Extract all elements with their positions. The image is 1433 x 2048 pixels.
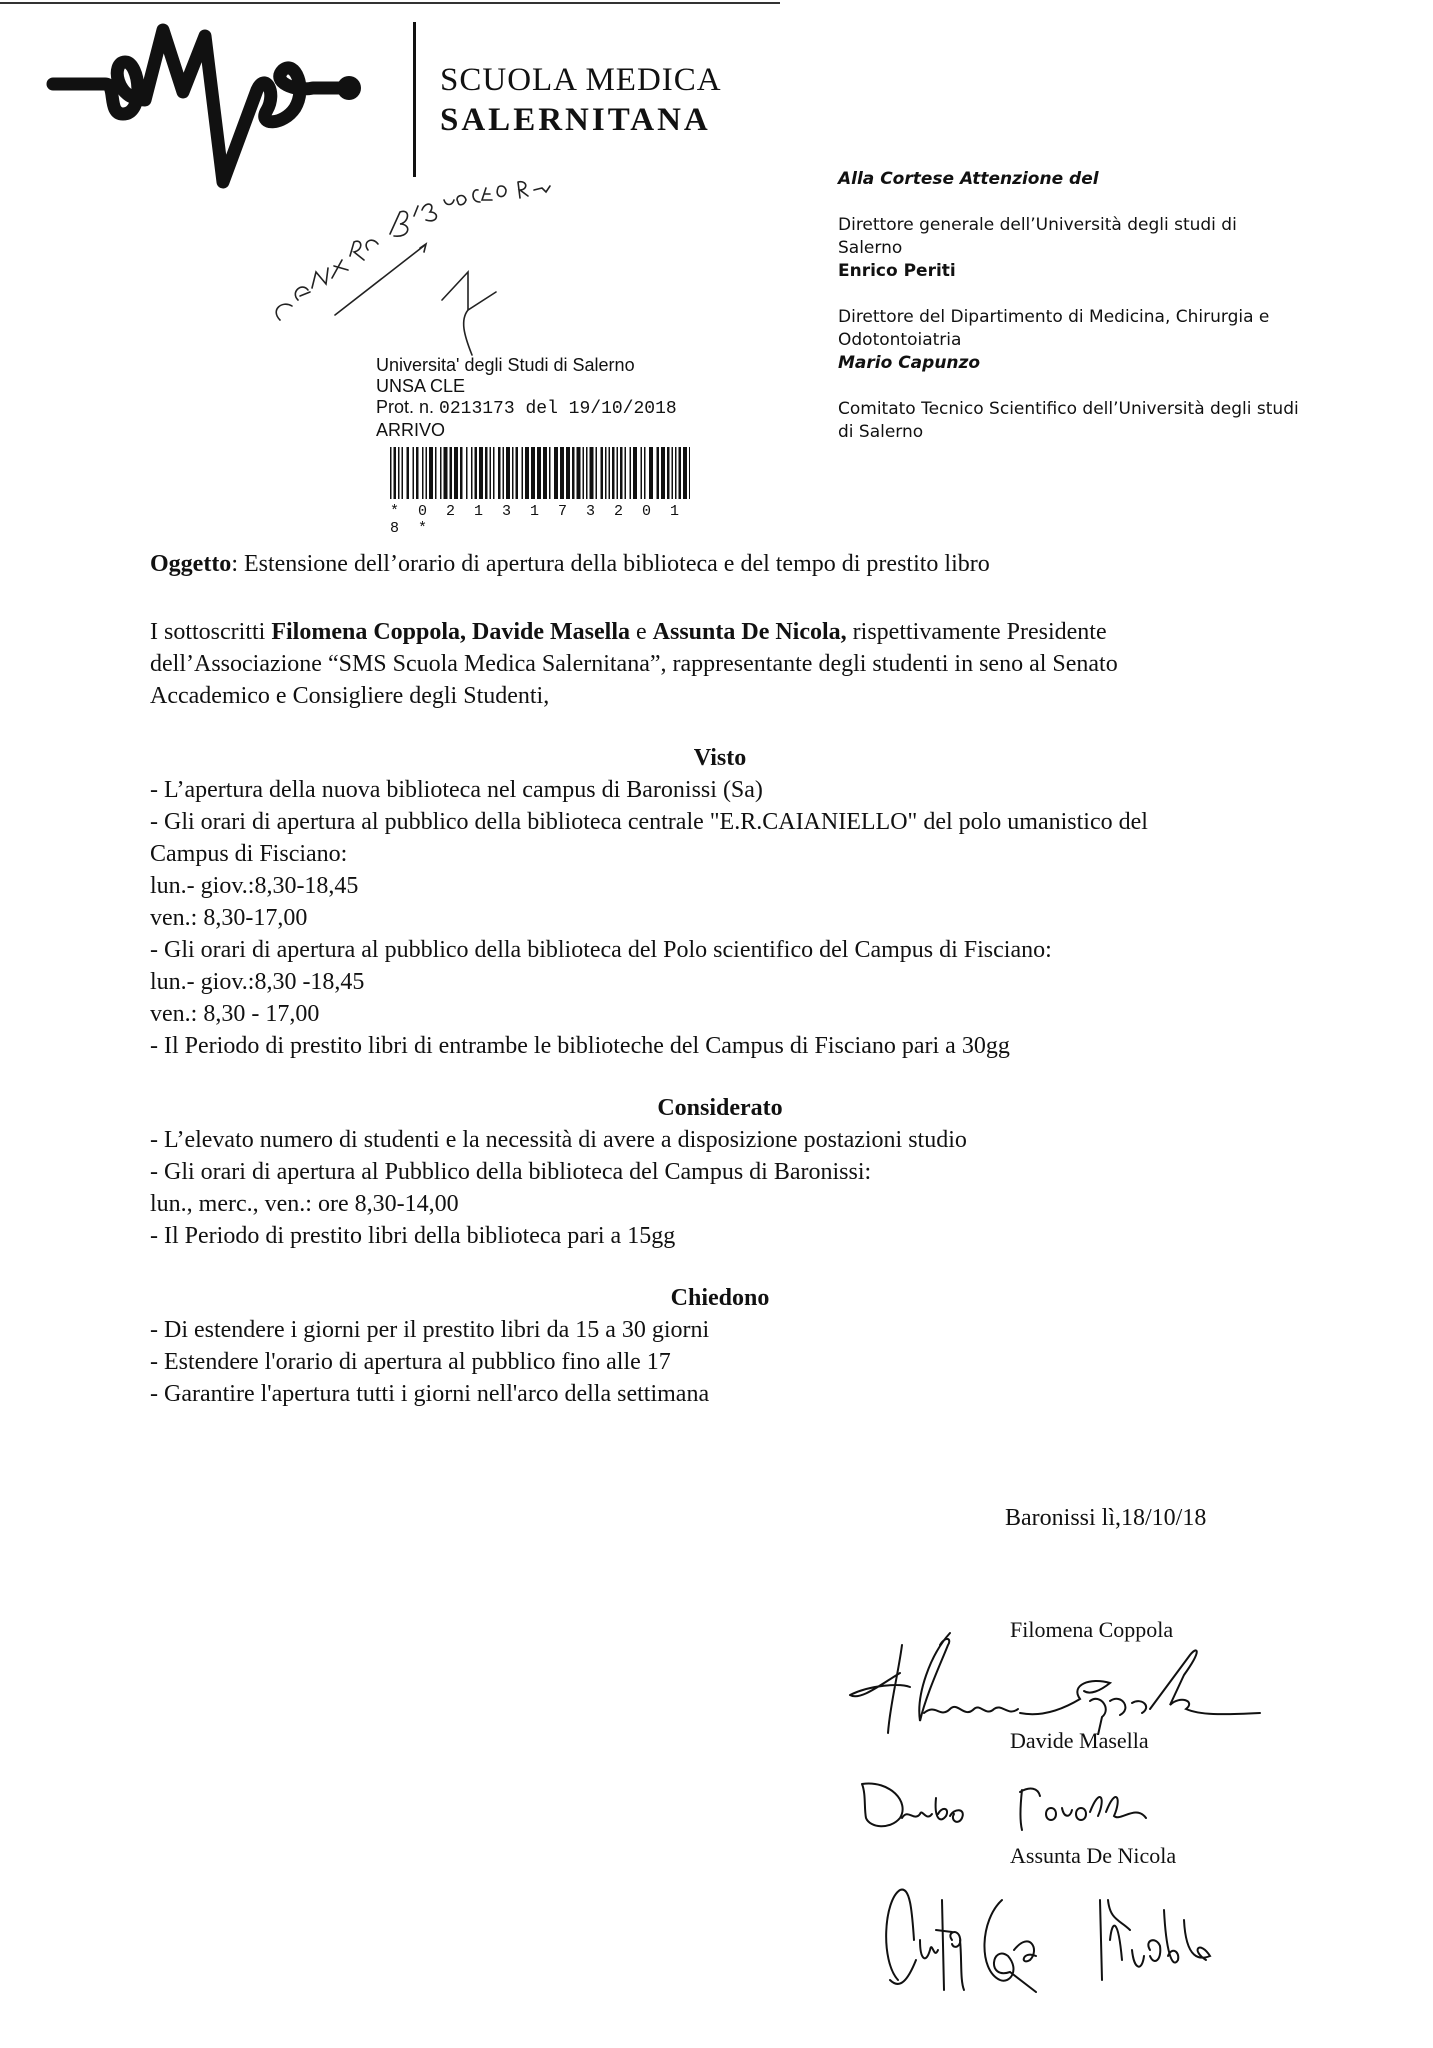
section-line: - L’elevato numero di studenti e la nece… [150,1124,1290,1156]
protocol-stamp: Universita' degli Studi di Salerno UNSA … [376,355,677,441]
section-line: - Di estendere i giorni per il prestito … [150,1314,1290,1346]
letter-sections: Visto- L’apertura della nuova biblioteca… [150,742,1290,1410]
barcode-digits: * 0 2 1 3 1 7 3 2 0 1 8 * [390,503,690,537]
recipient-role: Comitato Tecnico Scientifico dell’Univer… [838,398,1338,421]
stamp-direction: ARRIVO [376,420,677,441]
recipient-role: Salerno [838,237,1338,260]
stamp-prot-label: Prot. n. [376,397,434,417]
signer-name-3: Assunta De Nicola [1010,1843,1176,1869]
handwritten-annotation [250,160,670,360]
logo-divider [413,22,416,177]
section-line: ven.: 8,30 - 17,00 [150,998,1290,1030]
recipient-name: Mario Capunzo [838,352,1338,375]
letter-body: Oggetto: Estensione dell’orario di apert… [150,548,1290,1440]
signature-assunta-de-nicola [860,1880,1320,2000]
section-line: lun., merc., ven.: ore 8,30-14,00 [150,1188,1290,1220]
attention-line: Alla Cortese Attenzione del [838,168,1338,191]
stamp-university: Universita' degli Studi di Salerno [376,355,677,376]
recipient-role: Odotontoiatria [838,329,1338,352]
subject-line: Oggetto: Estensione dell’orario di apert… [150,548,1290,580]
signature-filomena-coppola [840,1625,1280,1735]
brand-name: SCUOLA MEDICA SALERNITANA [440,60,722,140]
section-line: Campus di Fisciano: [150,838,1290,870]
section-considerato: Considerato- L’elevato numero di student… [150,1092,1290,1252]
section-line: - Gli orari di apertura al pubblico dell… [150,934,1290,966]
recipient-name: Enrico Periti [838,260,1338,283]
signer-name-2: Davide Masella [1010,1728,1149,1754]
recipient-2: Direttore del Dipartimento di Medicina, … [838,306,1338,375]
intro-conjunction: e [630,619,653,645]
signature-davide-masella [850,1778,1250,1838]
recipient-role: Direttore del Dipartimento di Medicina, … [838,306,1338,329]
section-chiedono: Chiedono- Di estendere i giorni per il p… [150,1282,1290,1410]
intro-line-3: Accademico e Consigliere degli Studenti, [150,680,1290,712]
section-line: ven.: 8,30-17,00 [150,902,1290,934]
intro-rest: rispettivamente Presidente [847,619,1107,645]
section-line: - Gli orari di apertura al pubblico dell… [150,806,1290,838]
section-line: lun.- giov.:8,30-18,45 [150,870,1290,902]
section-line: - Estendere l'orario di apertura al pubb… [150,1346,1290,1378]
section-line: - Garantire l'apertura tutti i giorni ne… [150,1378,1290,1410]
stamp-office: UNSA CLE [376,376,677,397]
recipient-role: Direttore generale dell’Università degli… [838,214,1338,237]
recipient-3: Comitato Tecnico Scientifico dell’Univer… [838,398,1338,444]
intro-paragraph: I sottoscritti Filomena Coppola, Davide … [150,616,1290,712]
recipient-role: di Salerno [838,421,1338,444]
section-title: Considerato [150,1092,1290,1124]
stamp-protocol: Prot. n. 0213173 del 19/10/2018 [376,397,677,420]
addressee-block: Alla Cortese Attenzione del Direttore ge… [838,168,1338,467]
intro-prefix: I sottoscritti [150,619,271,645]
section-line: - Gli orari di apertura al Pubblico dell… [150,1156,1290,1188]
section-title: Chiedono [150,1282,1290,1314]
scan-border-line [0,2,780,4]
intro-names-1: Filomena Coppola, Davide Masella [271,619,630,645]
intro-names-2: Assunta De Nicola, [653,619,847,645]
subject-text: : Estensione dell’orario di apertura del… [231,551,989,577]
recipient-1: Direttore generale dell’Università degli… [838,214,1338,283]
section-line: - L’apertura della nuova biblioteca nel … [150,774,1290,806]
barcode-icon [390,447,690,499]
stamp-prot-number: 0213173 del 19/10/2018 [439,399,677,419]
section-line: - Il Periodo di prestito libri della bib… [150,1220,1290,1252]
subject-label: Oggetto [150,551,231,577]
section-title: Visto [150,742,1290,774]
section-line: - Il Periodo di prestito libri di entram… [150,1030,1290,1062]
section-visto: Visto- L’apertura della nuova biblioteca… [150,742,1290,1062]
intro-line-2: dell’Associazione “SMS Scuola Medica Sal… [150,648,1290,680]
section-line: lun.- giov.:8,30 -18,45 [150,966,1290,998]
brand-line2: SALERNITANA [440,100,722,140]
place-date: Baronissi lì,18/10/18 [1005,1505,1206,1532]
brand-line1: SCUOLA MEDICA [440,60,722,100]
